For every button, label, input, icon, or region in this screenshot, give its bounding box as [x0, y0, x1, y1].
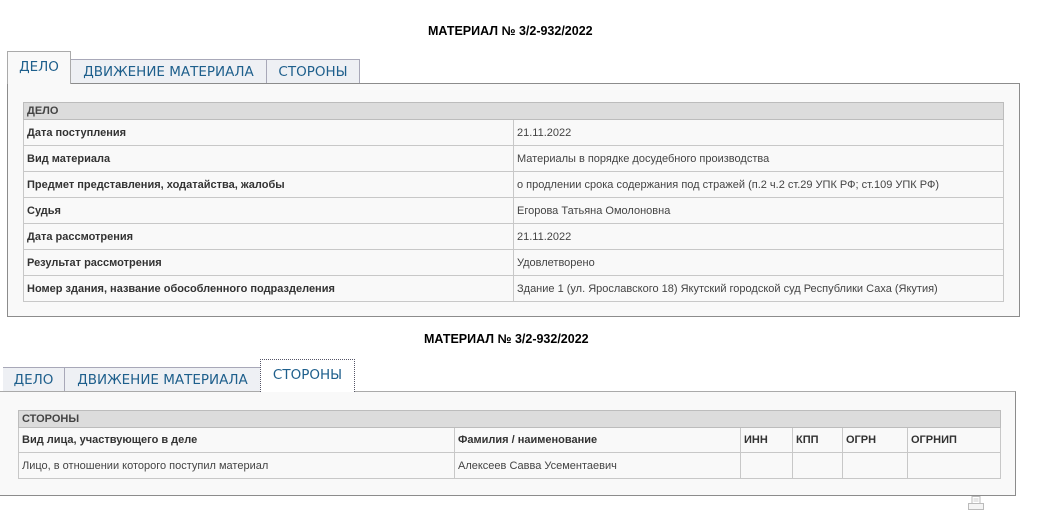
cell-ogrnip	[908, 453, 1001, 479]
row-value: Материалы в порядке досудебного производ…	[514, 146, 1004, 172]
table-row: Дата поступления 21.11.2022	[24, 120, 1004, 146]
row-label: Дата рассмотрения	[24, 224, 514, 250]
cell-party-type: Лицо, в отношении которого поступил мате…	[19, 453, 455, 479]
tab-bar: ДЕЛО ДВИЖЕНИЕ МАТЕРИАЛА СТОРОНЫ	[0, 359, 600, 392]
table-row: Предмет представления, ходатайства, жало…	[24, 172, 1004, 198]
row-label: Результат рассмотрения	[24, 250, 514, 276]
row-label: Судья	[24, 198, 514, 224]
column-header: ОГРН	[843, 428, 908, 453]
cell-inn	[741, 453, 793, 479]
section-header: СТОРОНЫ	[19, 411, 1001, 428]
tab-storony[interactable]: СТОРОНЫ	[266, 59, 360, 84]
row-label: Дата поступления	[24, 120, 514, 146]
tab-panel-delo: ДЕЛО Дата поступления 21.11.2022 Вид мат…	[7, 83, 1020, 317]
table-row: Дата рассмотрения 21.11.2022	[24, 224, 1004, 250]
row-value: 21.11.2022	[514, 120, 1004, 146]
printer-icon[interactable]	[968, 496, 984, 510]
table-row: Номер здания, название обособленного под…	[24, 276, 1004, 302]
column-header: ИНН	[741, 428, 793, 453]
tab-delo[interactable]: ДЕЛО	[3, 367, 65, 392]
row-label: Предмет представления, ходатайства, жало…	[24, 172, 514, 198]
material-title: МАТЕРИАЛ № 3/2-932/2022	[424, 332, 589, 346]
cell-party-name: Алексеев Савва Усементаевич	[455, 453, 741, 479]
parties-table: СТОРОНЫ Вид лица, участвующего в деле Фа…	[18, 410, 1001, 479]
table-row: Вид материала Материалы в порядке досуде…	[24, 146, 1004, 172]
table-header-row: Вид лица, участвующего в деле Фамилия / …	[19, 428, 1001, 453]
tab-dvizhenie-materiala[interactable]: ДВИЖЕНИЕ МАТЕРИАЛА	[64, 367, 261, 392]
column-header: Фамилия / наименование	[455, 428, 741, 453]
row-value: Егорова Татьяна Омолоновна	[514, 198, 1004, 224]
tab-delo[interactable]: ДЕЛО	[7, 51, 71, 84]
row-label: Номер здания, название обособленного под…	[24, 276, 514, 302]
row-value: о продлении срока содержания под стражей…	[514, 172, 1004, 198]
table-row: Судья Егорова Татьяна Омолоновна	[24, 198, 1004, 224]
row-label: Вид материала	[24, 146, 514, 172]
tab-bar: ДЕЛО ДВИЖЕНИЕ МАТЕРИАЛА СТОРОНЫ	[7, 51, 607, 84]
tab-storony[interactable]: СТОРОНЫ	[260, 359, 355, 392]
section-header: ДЕЛО	[24, 103, 1004, 120]
column-header: Вид лица, участвующего в деле	[19, 428, 455, 453]
material-title: МАТЕРИАЛ № 3/2-932/2022	[428, 24, 593, 38]
cell-ogrn	[843, 453, 908, 479]
row-value: Здание 1 (ул. Ярославского 18) Якутский …	[514, 276, 1004, 302]
column-header: ОГРНИП	[908, 428, 1001, 453]
row-value: Удовлетворено	[514, 250, 1004, 276]
table-row: Результат рассмотрения Удовлетворено	[24, 250, 1004, 276]
case-info-table: ДЕЛО Дата поступления 21.11.2022 Вид мат…	[23, 102, 1004, 302]
tab-panel-storony: СТОРОНЫ Вид лица, участвующего в деле Фа…	[0, 391, 1016, 496]
cell-kpp	[793, 453, 843, 479]
table-row: Лицо, в отношении которого поступил мате…	[19, 453, 1001, 479]
tab-dvizhenie-materiala[interactable]: ДВИЖЕНИЕ МАТЕРИАЛА	[70, 59, 267, 84]
row-value: 21.11.2022	[514, 224, 1004, 250]
column-header: КПП	[793, 428, 843, 453]
